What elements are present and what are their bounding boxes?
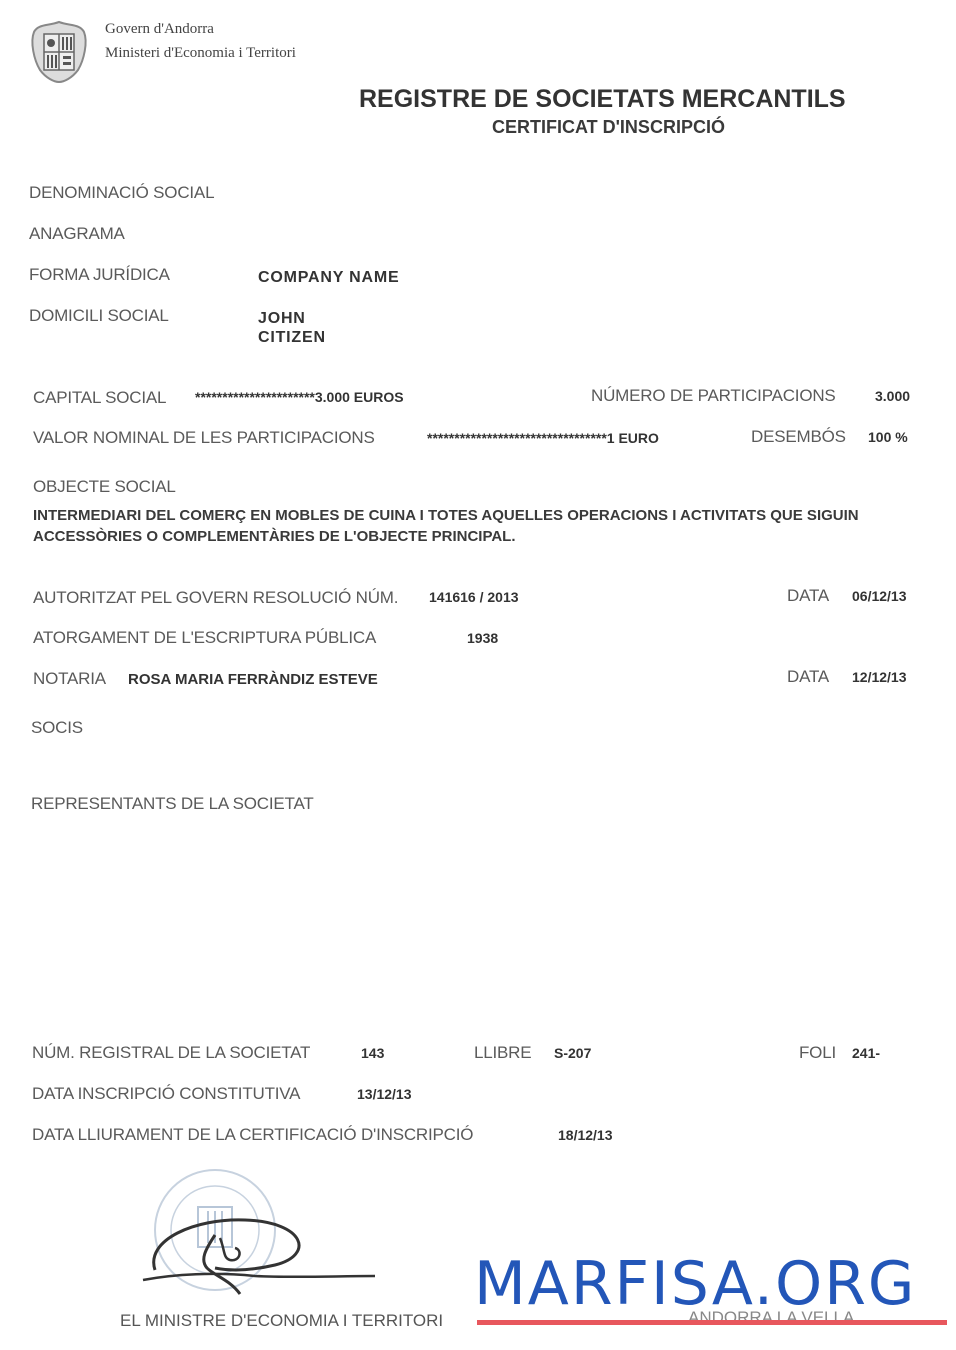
autoritzat-label: AUTORITZAT PEL GOVERN RESOLUCIÓ NÚM. [33,588,398,608]
data-lliurament-label: DATA LLIURAMENT DE LA CERTIFICACIÓ D'INS… [32,1125,473,1145]
data-lliurament-value: 18/12/13 [558,1127,613,1143]
denominacio-social-label: DENOMINACIÓ SOCIAL [29,183,214,203]
document-title: REGISTRE DE SOCIETATS MERCANTILS [359,85,846,114]
autoritzat-value: 141616 / 2013 [429,589,519,605]
num-registral-label: NÚM. REGISTRAL DE LA SOCIETAT [32,1043,310,1063]
desembos-label: DESEMBÓS [751,427,846,447]
representants-label: REPRESENTANTS DE LA SOCIETAT [31,794,314,814]
data-inscripcio-value: 13/12/13 [357,1086,412,1102]
atorgament-label: ATORGAMENT DE L'ESCRIPTURA PÚBLICA [33,628,376,648]
signatory-title: EL MINISTRE D'ECONOMIA I TERRITORI [120,1311,443,1331]
num-registral-value: 143 [361,1045,384,1061]
autoritzat-data-value: 06/12/13 [852,588,907,604]
valor-nominal-value: *********************************1 EURO [427,430,659,446]
notaria-value: ROSA MARIA FERRÀNDIZ ESTEVE [128,671,378,688]
domicili-social-value-line1: JOHN [258,310,306,328]
government-name: Govern d'Andorra [105,21,214,38]
anagrama-label: ANAGRAMA [29,224,125,244]
notaria-data-value: 12/12/13 [852,669,907,685]
socis-label: SOCIS [31,718,83,738]
domicili-social-label: DOMICILI SOCIAL [29,306,169,326]
forma-juridica-label: FORMA JURÍDICA [29,265,170,285]
desembos-value: 100 % [868,429,908,445]
forma-juridica-value: COMPANY NAME [258,269,399,287]
autoritzat-data-label: DATA [787,586,829,606]
marfisa-watermark: MARFISA.ORG [474,1249,916,1319]
signature-icon [135,1200,385,1310]
valor-nominal-label: VALOR NOMINAL DE LES PARTICIPACIONS [33,428,375,448]
objecte-social-label: OBJECTE SOCIAL [33,477,176,497]
notaria-data-label: DATA [787,667,829,687]
llibre-value: S-207 [554,1045,591,1061]
notaria-label: NOTARIA [33,669,106,689]
numero-participacions-label: NÚMERO DE PARTICIPACIONS [591,386,836,406]
capital-social-label: CAPITAL SOCIAL [33,388,166,408]
capital-social-value: **********************3.000 EUROS [195,389,404,405]
foli-label: FOLI [799,1043,836,1063]
atorgament-value: 1938 [467,630,498,646]
objecte-social-value: INTERMEDIARI DEL COMERÇ EN MOBLES DE CUI… [33,505,923,547]
llibre-label: LLIBRE [474,1043,531,1063]
watermark-underline [477,1320,947,1325]
data-inscripcio-label: DATA INSCRIPCIÓ CONSTITUTIVA [32,1084,300,1104]
domicili-social-value-line2: CITIZEN [258,329,326,347]
andorra-coat-of-arms-icon [30,20,88,84]
document-subtitle: CERTIFICAT D'INSCRIPCIÓ [492,117,725,138]
numero-participacions-value: 3.000 [875,388,910,404]
foli-value: 241- [852,1045,880,1061]
ministry-name: Ministeri d'Economia i Territori [105,45,296,62]
